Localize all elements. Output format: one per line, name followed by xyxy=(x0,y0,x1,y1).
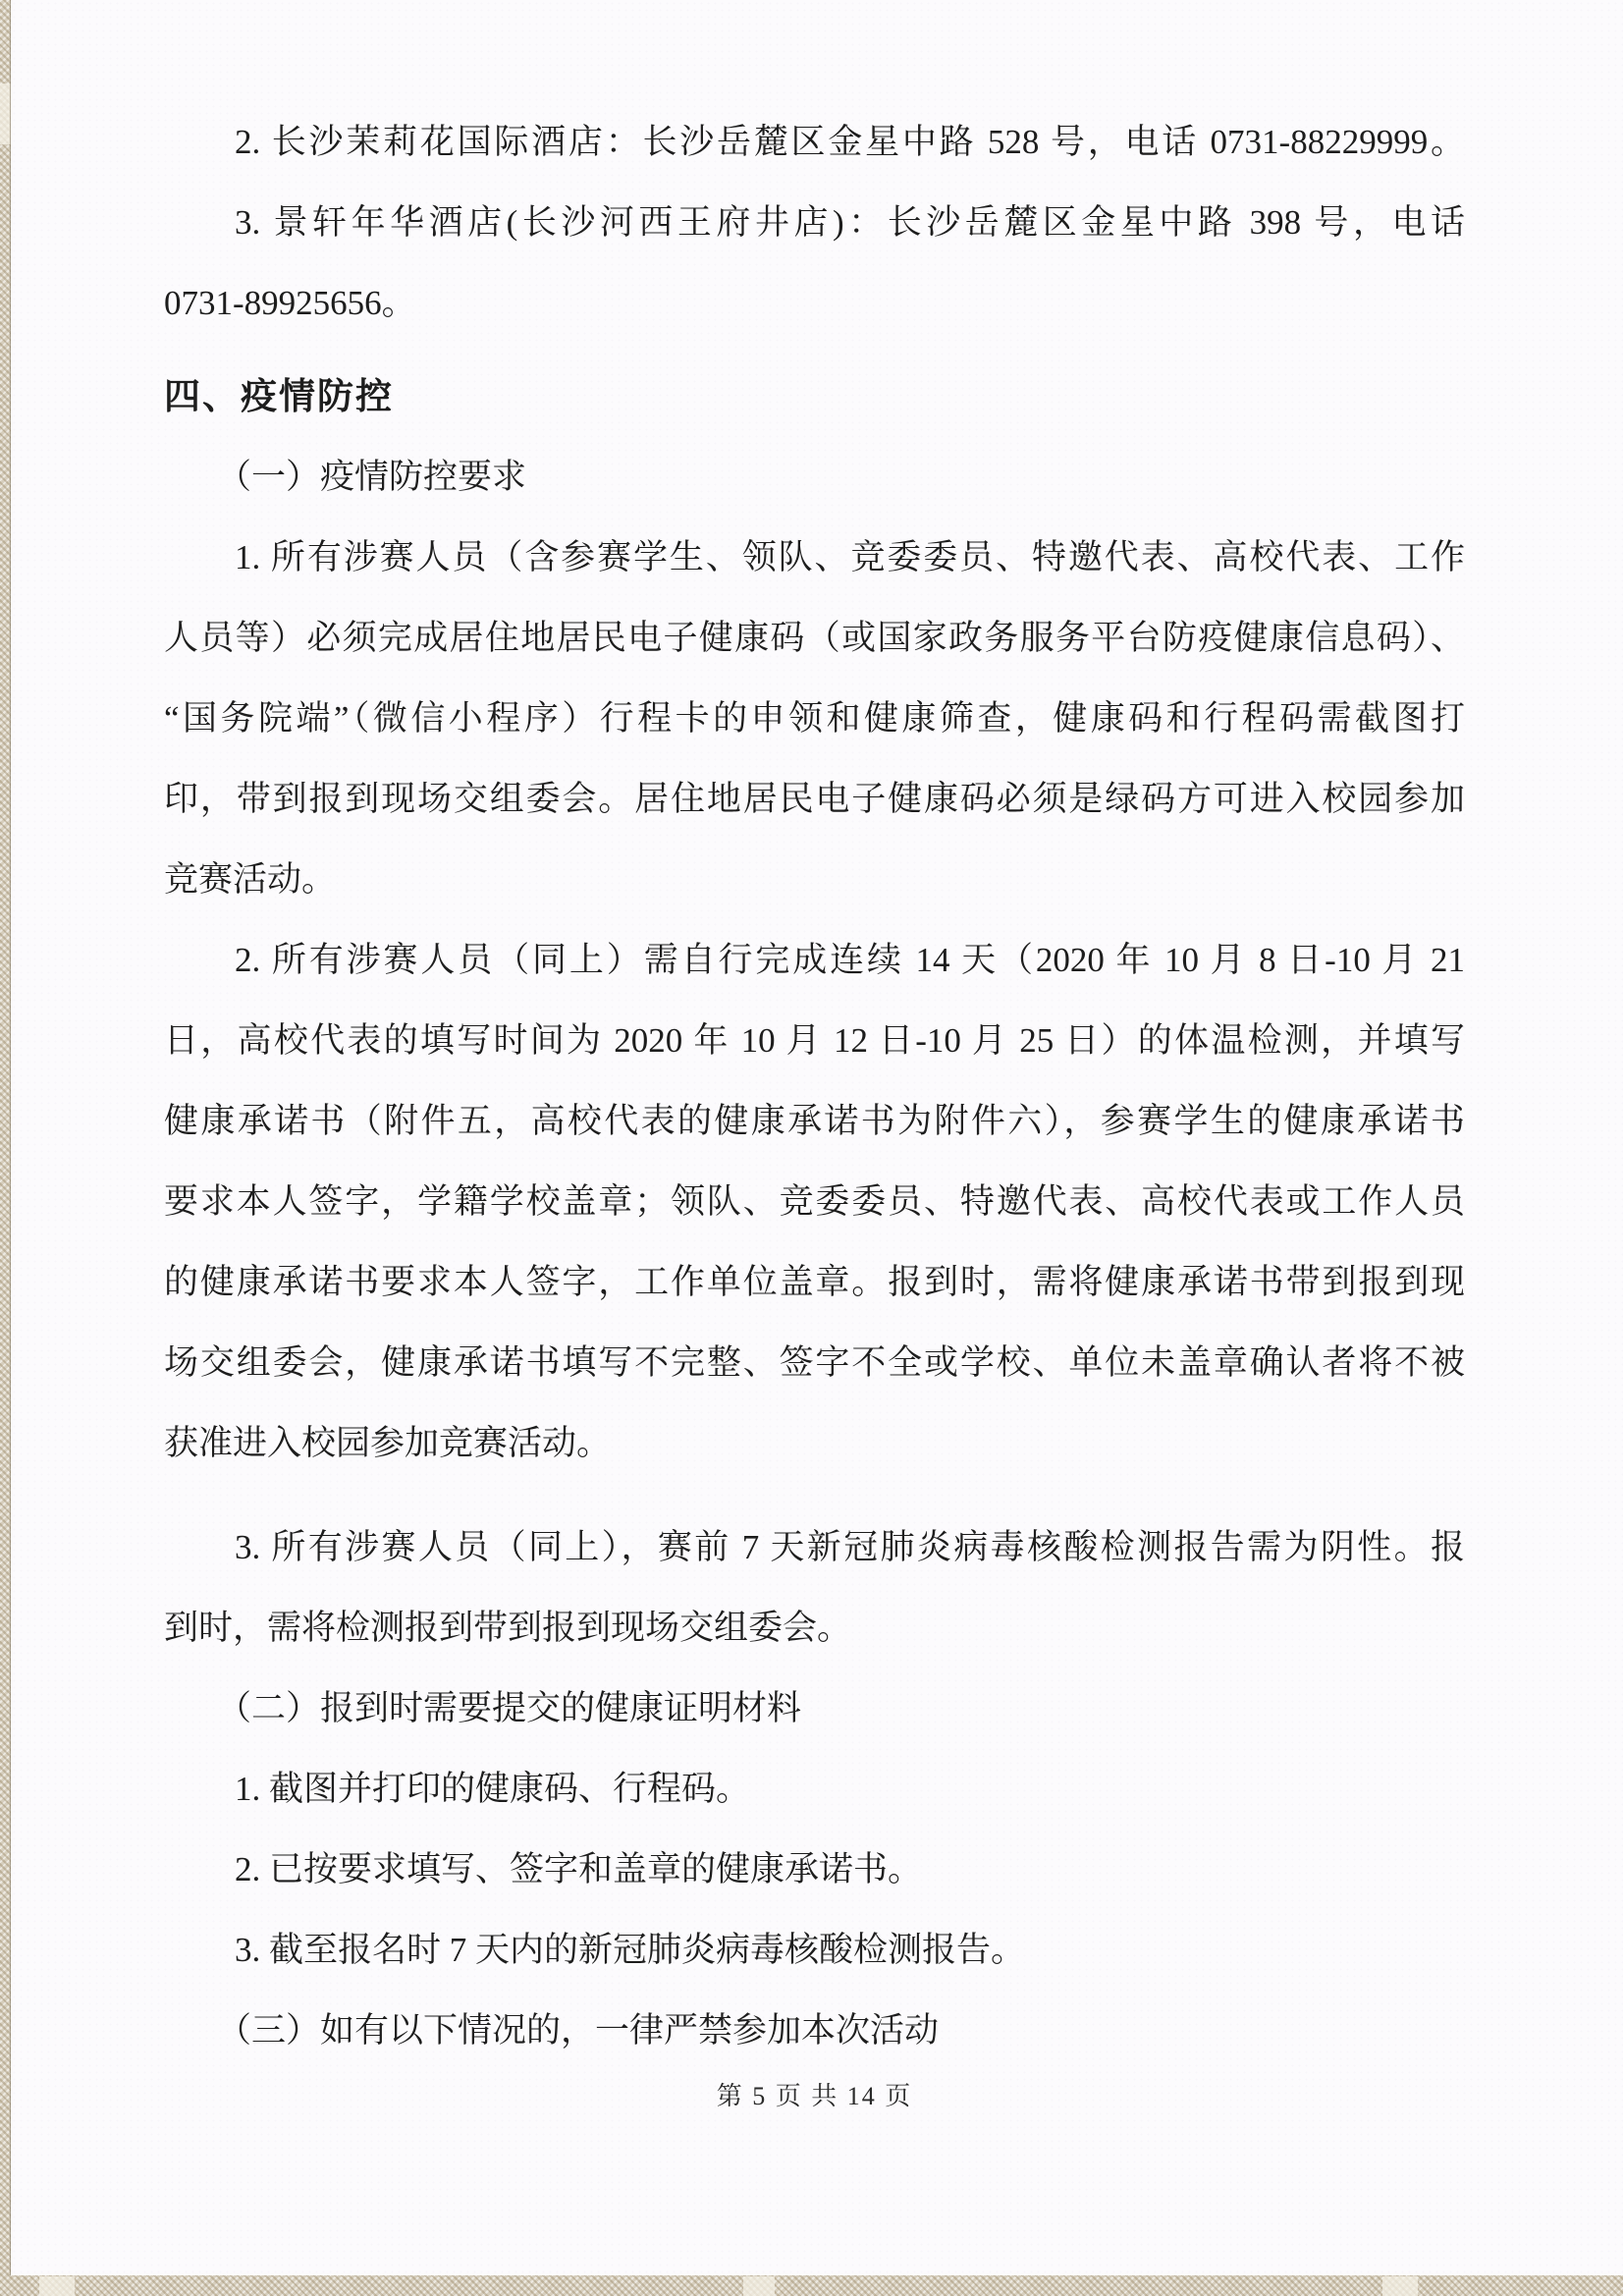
material-item-2-line: 2. 已按要求填写、签字和盖章的健康承诺书。 xyxy=(164,1830,1465,1910)
subsection-heading-checkin-materials: （二）报到时需要提交的健康证明材料 xyxy=(164,1668,1465,1749)
prevention-item-1-line-4: 印，带到报到现场交组委会。居住地居民电子健康码必须是绿码方可进入校园参加 xyxy=(164,759,1465,840)
prevention-item-2-line-2: 日，高校代表的填写时间为 2020 年 10 月 12 日-10 月 25 日）… xyxy=(164,1001,1465,1081)
subsection-heading-prevention-requirements: （一）疫情防控要求 xyxy=(164,437,1465,518)
prevention-item-2-line-6: 场交组委会，健康承诺书填写不完整、签字不全或学校、单位未盖章确认者将不被 xyxy=(164,1323,1465,1403)
scanner-edge-left-patch xyxy=(0,83,11,144)
page-number-footer: 第 5 页 共 14 页 xyxy=(164,2075,1465,2118)
subsection-heading-prohibited-conditions: （三）如有以下情况的，一律严禁参加本次活动 xyxy=(164,1991,1465,2071)
hotel-item-3-line: 3. 景轩年华酒店(长沙河西王府井店)：长沙岳麓区金星中路 398 号，电话 xyxy=(164,183,1465,263)
scanner-edge-bottom-patch-2 xyxy=(743,2276,775,2296)
prevention-item-2-line-5: 的健康承诺书要求本人签字，工作单位盖章。报到时，需将健康承诺书带到报到现 xyxy=(164,1242,1465,1323)
prevention-item-2-line-3: 健康承诺书（附件五，高校代表的健康承诺书为附件六），参赛学生的健康承诺书 xyxy=(164,1081,1465,1162)
material-item-3-line: 3. 截至报名时 7 天内的新冠肺炎病毒核酸检测报告。 xyxy=(164,1910,1465,1991)
section-heading-epidemic-prevention: 四、疫情防控 xyxy=(164,356,1465,437)
hotel-item-2-line: 2. 长沙茉莉花国际酒店：长沙岳麓区金星中路 528 号，电话 0731-882… xyxy=(164,102,1465,183)
document-body: 2. 长沙茉莉花国际酒店：长沙岳麓区金星中路 528 号，电话 0731-882… xyxy=(164,102,1465,2118)
scanner-edge-bottom-patch-1 xyxy=(39,2276,75,2296)
scanner-edge-bottom-patch-3 xyxy=(1382,2276,1418,2296)
prevention-item-2-line-1: 2. 所有涉赛人员（同上）需自行完成连续 14 天（2020 年 10 月 8 … xyxy=(164,920,1465,1001)
prevention-item-1-line-3: “国务院端”（微信小程序）行程卡的申领和健康筛查，健康码和行程码需截图打 xyxy=(164,679,1465,759)
prevention-item-3-line-1: 3. 所有涉赛人员（同上），赛前 7 天新冠肺炎病毒核酸检测报告需为阴性。报 xyxy=(164,1507,1465,1588)
document-page: 2. 长沙茉莉花国际酒店：长沙岳麓区金星中路 528 号，电话 0731-882… xyxy=(11,0,1623,2275)
material-item-1-line: 1. 截图并打印的健康码、行程码。 xyxy=(164,1749,1465,1830)
prevention-item-3-line-2: 到时，需将检测报到带到报到现场交组委会。 xyxy=(164,1588,1465,1668)
prevention-item-1-line-2: 人员等）必须完成居住地居民电子健康码（或国家政务服务平台防疫健康信息码）、 xyxy=(164,598,1465,679)
prevention-item-2-line-4: 要求本人签字，学籍学校盖章；领队、竞委委员、特邀代表、高校代表或工作人员 xyxy=(164,1162,1465,1242)
prevention-item-1-line-1: 1. 所有涉赛人员（含参赛学生、领队、竞委委员、特邀代表、高校代表、工作 xyxy=(164,518,1465,598)
hotel-item-3-phone-line: 0731-89925656。 xyxy=(164,263,1465,344)
prevention-item-2-line-7: 获准进入校园参加竞赛活动。 xyxy=(164,1403,1465,1484)
prevention-item-1-line-5: 竞赛活动。 xyxy=(164,840,1465,920)
